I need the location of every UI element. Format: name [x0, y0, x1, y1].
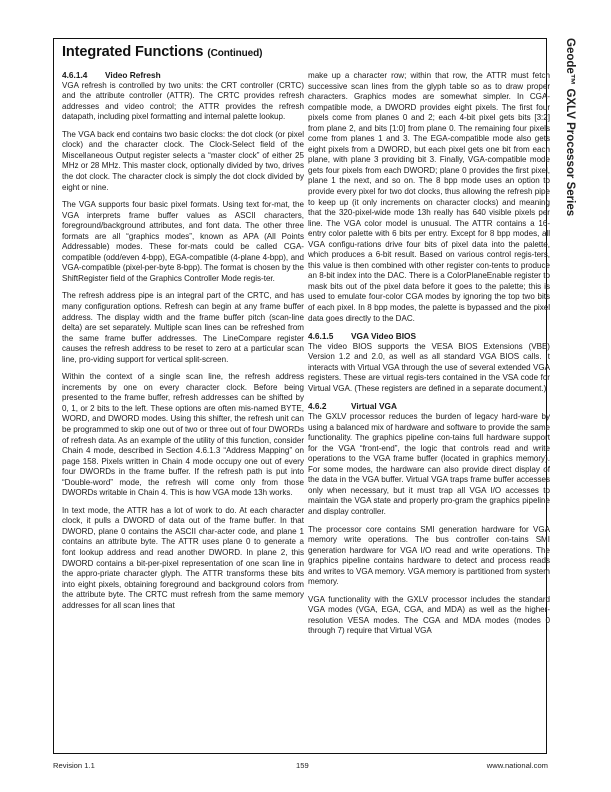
section-title: Video Refresh — [105, 70, 161, 80]
paragraph: VGA functionality with the GXLV processo… — [308, 595, 550, 637]
section-number: 4.6.1.4 — [62, 70, 105, 81]
page-title: Integrated Functions (Continued) — [62, 44, 262, 60]
paragraph: Within the context of a single scan line… — [62, 372, 304, 499]
section-heading-4615: 4.6.1.5VGA Video BIOS — [308, 331, 550, 342]
paragraph: The refresh address pipe is an integral … — [62, 291, 304, 365]
paragraph: The VGA back end contains two basic cloc… — [62, 130, 304, 193]
section-heading-4614: 4.6.1.4Video Refresh — [62, 70, 304, 81]
product-series-title: Geode™ GXLV Processor Series — [564, 38, 576, 216]
left-column: 4.6.1.4Video Refresh VGA refresh is cont… — [62, 70, 304, 618]
right-column: make up a character row; within that row… — [308, 71, 550, 644]
paragraph: The processor core contains SMI generati… — [308, 525, 550, 588]
footer-revision: Revision 1.1 — [53, 761, 95, 770]
section-number: 4.6.2 — [308, 401, 351, 412]
footer-page-number: 159 — [296, 761, 309, 770]
paragraph: The VGA supports four basic pixel format… — [62, 200, 304, 284]
side-title: Geode™ GXLV Processor Series — [556, 38, 576, 338]
footer-website-link[interactable]: www.national.com — [487, 761, 548, 770]
paragraph: The video BIOS supports the VESA BIOS Ex… — [308, 342, 550, 395]
paragraph: The GXLV processor reduces the burden of… — [308, 412, 550, 517]
paragraph: VGA refresh is controlled by two units: … — [62, 81, 304, 123]
section-heading-462: 4.6.2Virtual VGA — [308, 401, 550, 412]
paragraph: make up a character row; within that row… — [308, 71, 550, 324]
section-title: VGA Video BIOS — [351, 331, 416, 341]
continued-label: (Continued) — [207, 48, 262, 59]
section-number: 4.6.1.5 — [308, 331, 351, 342]
section-title: Virtual VGA — [351, 401, 397, 411]
page-title-text: Integrated Functions — [62, 44, 203, 60]
paragraph: In text mode, the ATTR has a lot of work… — [62, 506, 304, 611]
